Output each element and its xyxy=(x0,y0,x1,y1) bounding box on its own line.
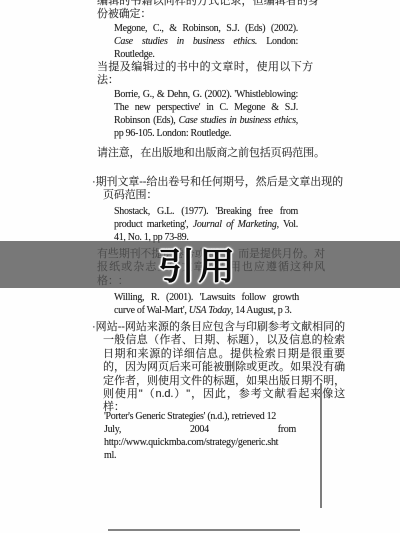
watermark-label: 引用 xyxy=(0,248,396,285)
paragraph-edited-article-method: 当提及编辑过的书中的文章时，使用以下方法： xyxy=(97,61,313,88)
citation-borrie: Borrie, G., & Dehn, G. (2002). 'Whistleb… xyxy=(114,88,298,140)
citation-title-italic: Journal of Marketing xyxy=(193,219,277,230)
document-page: 编辑的书籍以同样的方式记录，但编辑者的身份被确定： Megone, C., & … xyxy=(0,0,400,533)
bullet-journal-article-text: 期刊文章--给出卷号和任何期号，然后是文章出现的页码范围： xyxy=(96,176,343,201)
bullet-journal-article: ·期刊文章--给出卷号和任何期号，然后是文章出现的页码范围： xyxy=(92,176,343,203)
paragraph-intro-edited-books: 编辑的书籍以同样的方式记录，但编辑者的身份被确定： xyxy=(97,0,319,22)
citation-line: July, 2004 from xyxy=(104,423,296,436)
citation-text: , 14 August, p 3. xyxy=(231,305,292,316)
citation-willing: Willing, R. (2001). 'Lawsuits follow gro… xyxy=(114,291,299,317)
note-page-range: 请注意，在出版地和出版商之前包括页码范围。 xyxy=(97,147,342,160)
citation-megone: Megone, C., & Robinson, S.J. (Eds) (2002… xyxy=(114,22,298,61)
citation-text: Megone, C., & Robinson, S.J. (Eds) (2002… xyxy=(114,23,298,34)
citation-porter: 'Porter's Generic Strategies' (n.d.), re… xyxy=(104,410,296,462)
citation-title-italic: Case studies in business ethics. xyxy=(114,36,257,47)
watermark-band: 引用 xyxy=(0,241,400,288)
citation-url-line: ml. xyxy=(104,449,296,462)
citation-url-line: http://www.quickmba.com/strategy/generic… xyxy=(104,436,296,449)
citation-title-italic: Case studies in business ethics xyxy=(179,115,296,126)
bullet-website: ·网站--网站来源的条目应包含与印刷参考文献相同的一般信息（作者、日期、标题），… xyxy=(92,321,345,415)
vertical-rule xyxy=(320,383,322,508)
citation-title-italic: USA Today xyxy=(189,305,231,316)
citation-line: 'Porter's Generic Strategies' (n.d.), re… xyxy=(104,410,296,423)
citation-shostack: Shostack, G.L. (1977). 'Breaking free fr… xyxy=(114,205,298,244)
bullet-website-text: 网站--网站来源的条目应包含与印刷参考文献相同的一般信息（作者、日期、标题），以… xyxy=(96,321,345,413)
bottom-rule xyxy=(108,529,300,531)
